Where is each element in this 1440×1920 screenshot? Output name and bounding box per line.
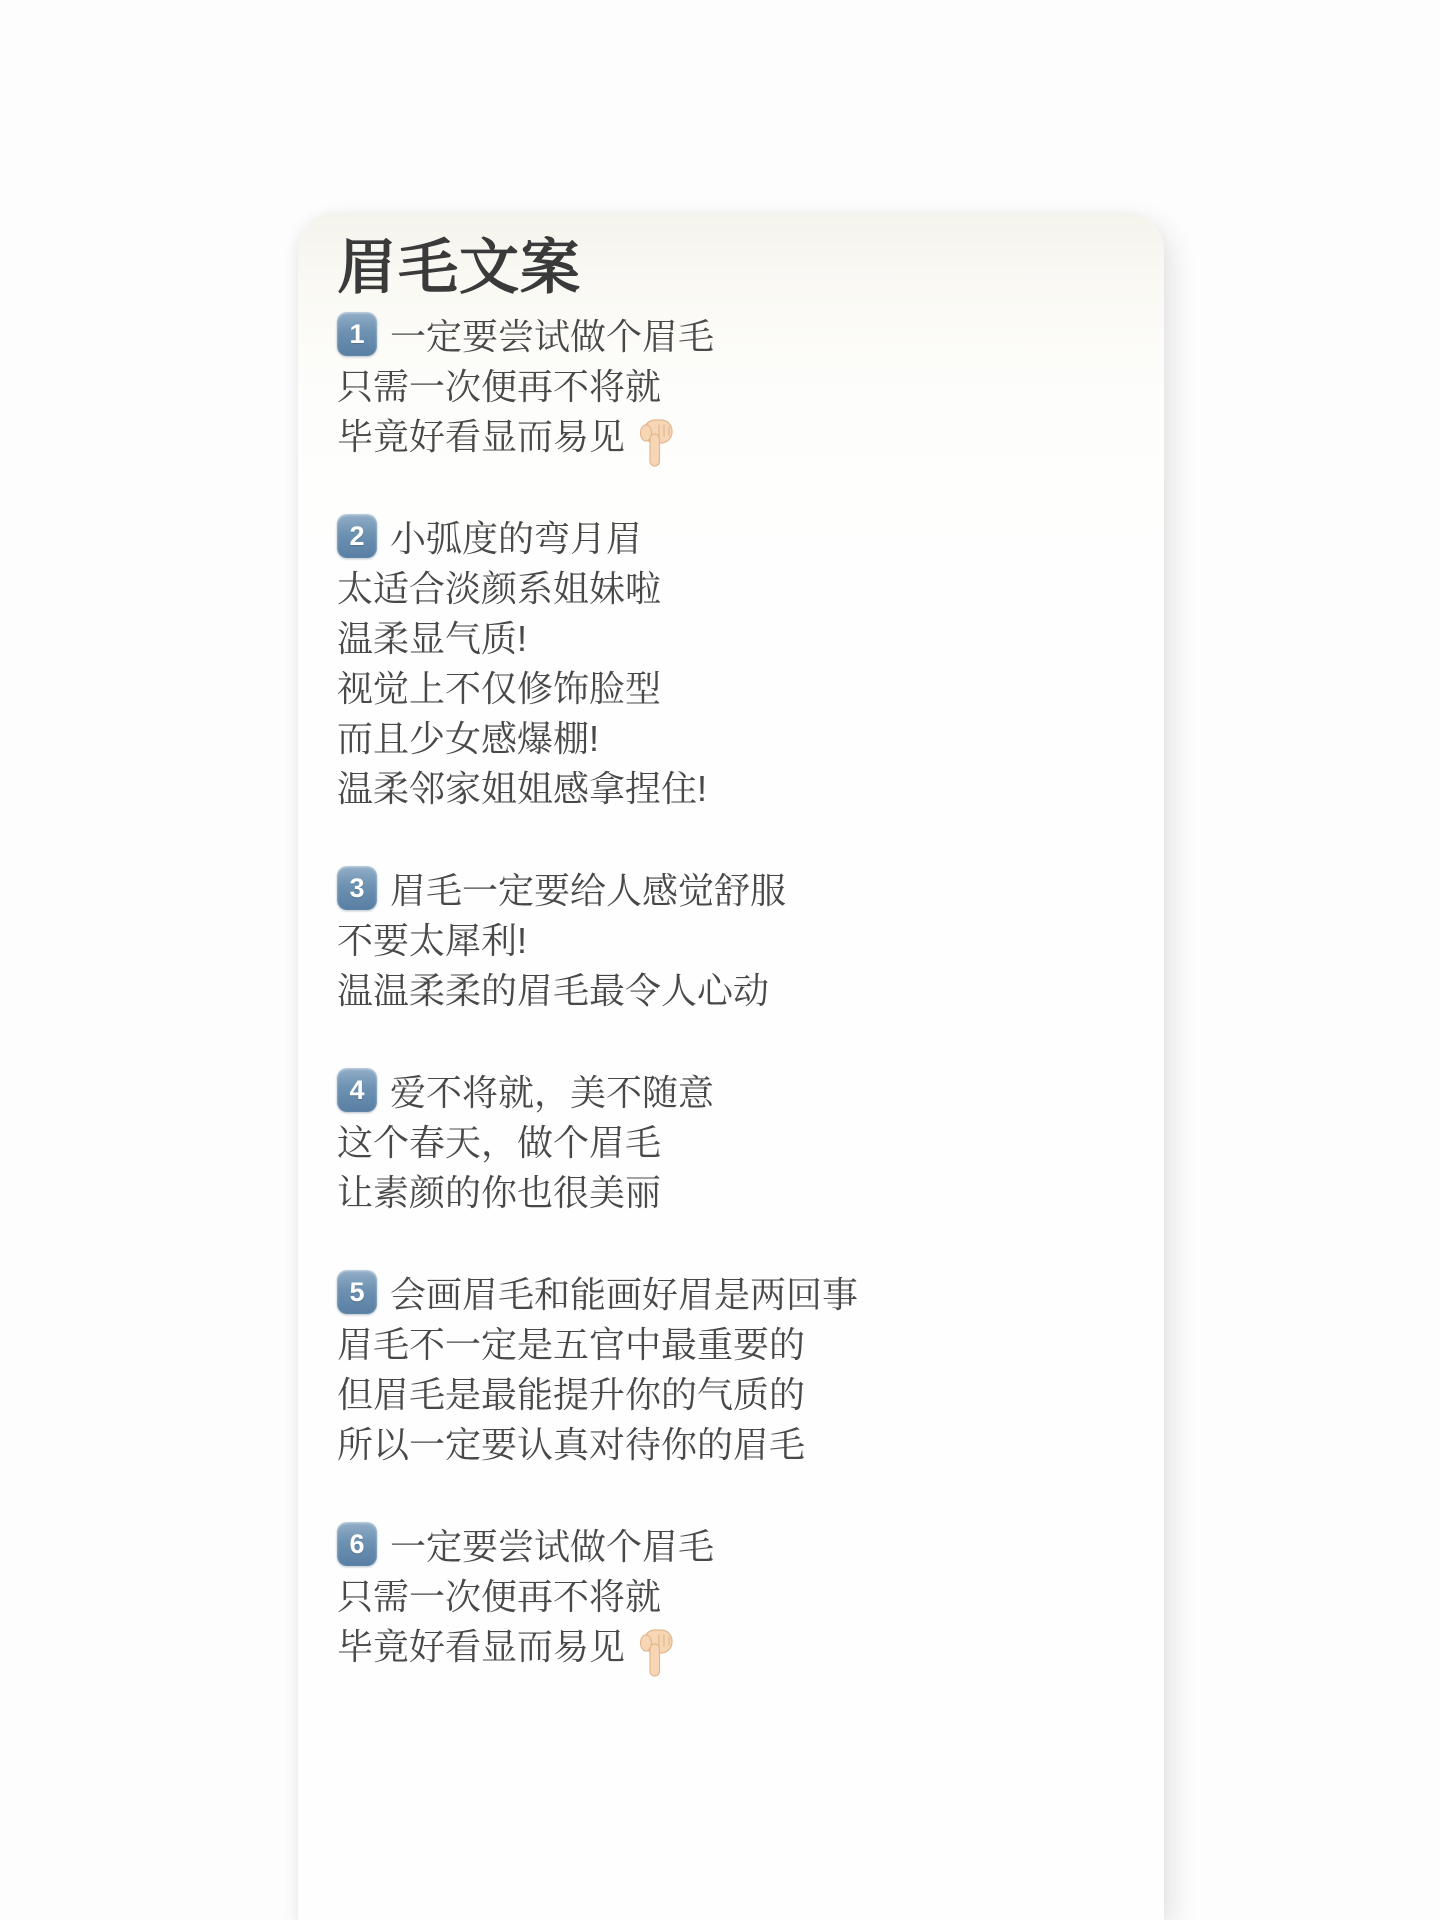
section-5: 5 会画眉毛和能画好眉是两回事 眉毛不一定是五官中最重要的 但眉毛是最能提升你的… bbox=[337, 1267, 1124, 1467]
section-heading-text: 眉毛一定要给人感觉舒服 bbox=[390, 863, 786, 914]
body-line: 温柔邻家姐姐感拿捏住! bbox=[337, 761, 1124, 811]
section-1: 1 一定要尝试做个眉毛 只需一次便再不将就 毕竟好看显而易见 bbox=[337, 309, 1124, 459]
section-heading-line: 3 眉毛一定要给人感觉舒服 bbox=[337, 863, 1124, 913]
body-line: 温温柔柔的眉毛最令人心动 bbox=[337, 963, 1124, 1013]
keycap-2-badge: 2 bbox=[337, 514, 377, 558]
keycap-3-badge: 3 bbox=[337, 866, 377, 910]
body-line: 但眉毛是最能提升你的气质的 bbox=[337, 1367, 1124, 1417]
page-title: 眉毛文案 bbox=[337, 229, 1124, 307]
body-line: 这个春天，做个眉毛 bbox=[337, 1115, 1124, 1165]
body-line: 毕竟好看显而易见 bbox=[337, 1619, 1124, 1669]
section-heading-line: 4 爱不将就，美不随意 bbox=[337, 1065, 1124, 1115]
body-line: 温柔显气质! bbox=[337, 611, 1124, 661]
section-4: 4 爱不将就，美不随意 这个春天，做个眉毛 让素颜的你也很美丽 bbox=[337, 1065, 1124, 1215]
body-line: 视觉上不仅修饰脸型 bbox=[337, 661, 1124, 711]
section-6: 6 一定要尝试做个眉毛 只需一次便再不将就 毕竟好看显而易见 bbox=[337, 1519, 1124, 1669]
keycap-4-badge: 4 bbox=[337, 1068, 377, 1112]
body-line: 让素颜的你也很美丽 bbox=[337, 1165, 1124, 1215]
body-line: 而且少女感爆棚! bbox=[337, 711, 1124, 761]
body-line: 太适合淡颜系姐妹啦 bbox=[337, 561, 1124, 611]
section-heading-line: 2 小弧度的弯月眉 bbox=[337, 511, 1124, 561]
keycap-5-badge: 5 bbox=[337, 1270, 377, 1314]
section-heading-text: 爱不将就，美不随意 bbox=[390, 1065, 714, 1116]
page-background: { "page_title": "眉毛文案", "icons": { "poin… bbox=[0, 0, 1440, 1920]
body-line: 眉毛不一定是五官中最重要的 bbox=[337, 1317, 1124, 1367]
body-line: 所以一定要认真对待你的眉毛 bbox=[337, 1417, 1124, 1467]
section-heading-line: 5 会画眉毛和能画好眉是两回事 bbox=[337, 1267, 1124, 1317]
body-line: 只需一次便再不将就 bbox=[337, 359, 1124, 409]
section-heading-line: 1 一定要尝试做个眉毛 bbox=[337, 309, 1124, 359]
section-heading-text: 一定要尝试做个眉毛 bbox=[390, 309, 714, 360]
section-heading-text: 小弧度的弯月眉 bbox=[390, 511, 642, 562]
body-line-text: 毕竟好看显而易见 bbox=[337, 409, 625, 460]
keycap-1-badge: 1 bbox=[337, 312, 377, 356]
body-line-text: 毕竟好看显而易见 bbox=[337, 1619, 625, 1670]
point-down-icon bbox=[637, 1627, 677, 1679]
body-line: 不要太犀利! bbox=[337, 913, 1124, 963]
point-down-icon bbox=[637, 417, 677, 469]
section-heading-text: 会画眉毛和能画好眉是两回事 bbox=[390, 1267, 858, 1318]
body-line: 只需一次便再不将就 bbox=[337, 1569, 1124, 1619]
section-2: 2 小弧度的弯月眉 太适合淡颜系姐妹啦 温柔显气质! 视觉上不仅修饰脸型 而且少… bbox=[337, 511, 1124, 811]
body-line: 毕竟好看显而易见 bbox=[337, 409, 1124, 459]
note-content: 眉毛文案 1 一定要尝试做个眉毛 只需一次便再不将就 毕竟好看显而易见 bbox=[298, 213, 1164, 1669]
keycap-6-badge: 6 bbox=[337, 1522, 377, 1566]
section-heading-text: 一定要尝试做个眉毛 bbox=[390, 1519, 714, 1570]
section-heading-line: 6 一定要尝试做个眉毛 bbox=[337, 1519, 1124, 1569]
section-3: 3 眉毛一定要给人感觉舒服 不要太犀利! 温温柔柔的眉毛最令人心动 bbox=[337, 863, 1124, 1013]
note-card: 眉毛文案 1 一定要尝试做个眉毛 只需一次便再不将就 毕竟好看显而易见 bbox=[298, 213, 1164, 1920]
